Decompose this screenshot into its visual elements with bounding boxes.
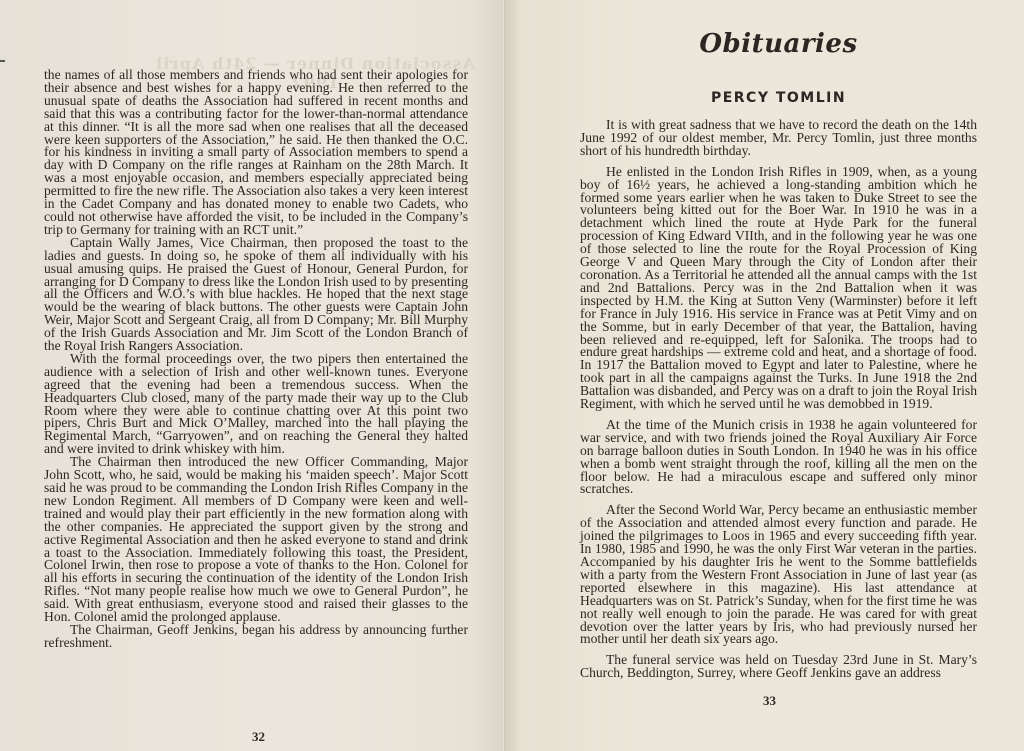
edge-mark (0, 60, 5, 62)
paragraph: At the time of the Munich crisis in 1938… (580, 419, 977, 496)
paragraph: The Chairman then introduced the new Off… (44, 456, 468, 624)
paragraph: After the Second World War, Percy became… (580, 504, 977, 646)
page-number: 33 (763, 693, 776, 709)
left-page-body: the names of all those members and frien… (44, 69, 468, 650)
paragraph: Captain Wally James, Vice Chairman, then… (44, 237, 468, 353)
paragraph: With the formal proceedings over, the tw… (44, 353, 468, 456)
paragraph: He enlisted in the London Irish Rifles i… (580, 166, 977, 411)
right-page-body: It is with great sadness that we have to… (580, 119, 977, 688)
paragraph: The funeral service was held on Tuesday … (580, 654, 977, 680)
paragraph: It is with great sadness that we have to… (580, 119, 977, 158)
paragraph: The Chairman, Geoff Jenkins, began his a… (44, 624, 468, 650)
left-page: Association Dinner — 24th April 1992 the… (0, 0, 505, 751)
section-title: Obituaries (580, 29, 977, 59)
paragraph: the names of all those members and frien… (44, 69, 468, 237)
page-number: 32 (252, 729, 265, 745)
obituary-name-heading: PERCY TOMLIN (580, 90, 977, 106)
